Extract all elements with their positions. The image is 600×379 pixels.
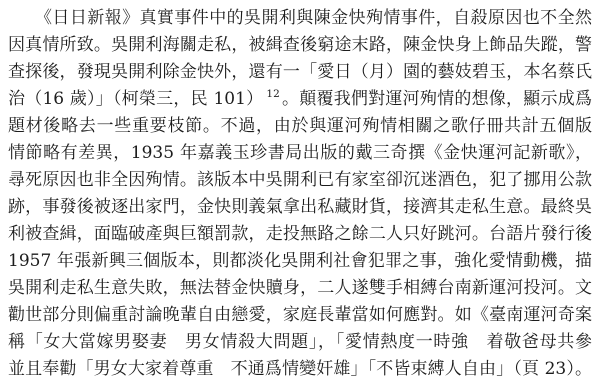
text-line: 因真情所致。吳開利海關走私，被緝查後窮途末路，陳金快身上飾品失蹤，警察 — [8, 32, 592, 59]
text-segment: 治（16 歲）」（柯榮三，民 101） — [8, 89, 263, 109]
text-line: 查探後，發現吳開利除金快外，還有一「愛日（月）園的藝妓碧玉，本名蔡氏招 — [8, 59, 592, 86]
text-line: 題材後略去一些重要枝節。不過，由於與運河殉情相關之歌仔冊共計五個版本， — [8, 113, 592, 140]
text-line: 尋死原因也非全因殉情。該版本中吳開利已有家室卻沉迷酒色，犯了挪用公款劣 — [8, 167, 592, 194]
text-line: 1957 年張新興三個版本，則都淡化吳開利社會犯罪之事，強化愛情動機，描述 — [8, 248, 592, 275]
text-line: 吳開利走私生意失敗，無法替金快贖身，二人遂雙手相縛台南新運河投河。文末 — [8, 275, 592, 302]
text-line: 跡，事發後被逐出家門，金快則義氣拿出私藏財貨，接濟其走私生意。最終吳開 — [8, 194, 592, 221]
paragraph: 《日日新報》真實事件中的吳開利與陳金快殉情事件，自殺原因也不全然是 因真情所致。… — [8, 5, 592, 379]
text-line: 勸世部分則偏重討論晚輩自由戀愛，家庭長輩當如何應對。如《臺南運河奇案歌》 — [8, 302, 592, 329]
text-line: 《日日新報》真實事件中的吳開利與陳金快殉情事件，自殺原因也不全然是 — [8, 5, 592, 32]
text-line: 稱「女大當嫁男娶妻 男女情殺大問題」，「愛情熱度一時強 着敬爸母共參詳」， — [8, 329, 592, 356]
document-page: 《日日新報》真實事件中的吳開利與陳金快殉情事件，自殺原因也不全然是 因真情所致。… — [0, 0, 600, 379]
footnote-marker: 12 — [263, 88, 281, 100]
text-line: 並且奉勸「男女大家着尊重 不通爲情變奸雄」「不皆束縛人自由」（頁 23）。 — [8, 356, 592, 379]
text-line: 治（16 歲）」（柯榮三，民 101）12。顛覆我們對運河殉情的想像，顯示成爲文… — [8, 86, 592, 113]
text-line: 利被查緝，面臨破產與巨額罰款，走投無路之餘二人只好跳河。台語片發行後的 — [8, 221, 592, 248]
text-line: 情節略有差異，1935 年嘉義玉珍書局出版的戴三奇撰《金快運河記新歌》，二人 — [8, 140, 592, 167]
